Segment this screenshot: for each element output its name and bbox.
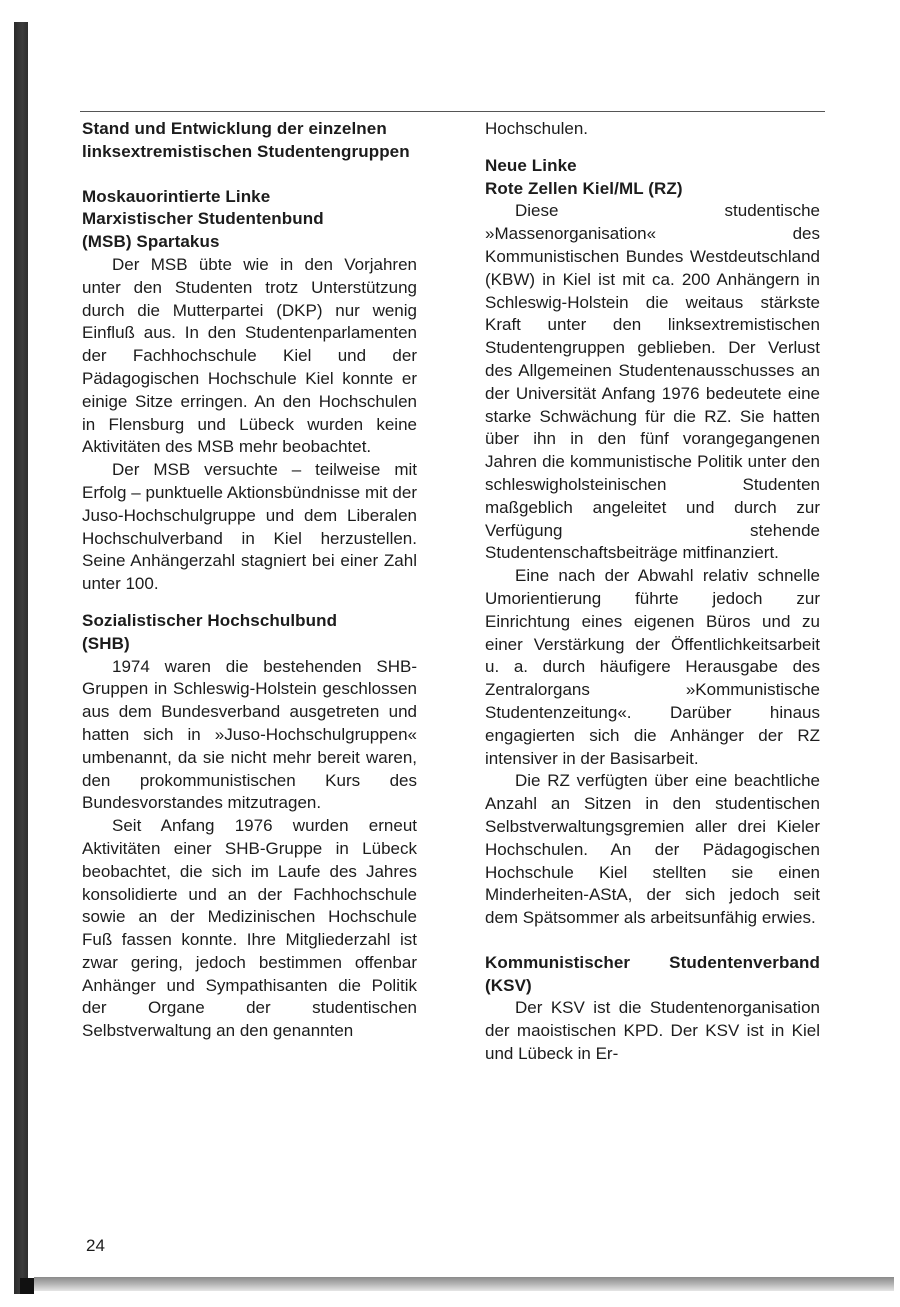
paragraph: Der MSB übte wie in den Vorjahren unter … xyxy=(82,254,417,459)
section-heading-ksv: Kommunistischer Studentenverband (KSV) xyxy=(485,952,820,998)
paragraph: Eine nach der Abwahl relativ schnelle Um… xyxy=(485,565,820,770)
main-heading: Stand und Entwicklung der einzelnen link… xyxy=(82,118,417,164)
right-column: Hochschulen. Neue Linke Rote Zellen Kiel… xyxy=(485,118,820,1066)
section-heading-rz: Rote Zellen Kiel/ML (RZ) xyxy=(485,178,820,201)
section-heading-msb-spartakus: (MSB) Spartakus xyxy=(82,231,417,254)
header-rule xyxy=(80,111,825,112)
section-heading-shb: Sozialistischer Hochschulbund xyxy=(82,610,417,633)
paragraph: Der MSB versuchte – teilweise mit Erfolg… xyxy=(82,459,417,596)
section-heading-moskauorientierte-linke: Moskauorintierte Linke xyxy=(82,186,417,209)
paragraph: Diese studentische »Massenorganisation« … xyxy=(485,200,820,565)
paragraph-continuation: Hochschulen. xyxy=(485,118,820,141)
page-number: 24 xyxy=(86,1236,105,1256)
paragraph: Die RZ verfügten über eine beachtliche A… xyxy=(485,770,820,930)
paragraph: Seit Anfang 1976 wurden erneut Aktivität… xyxy=(82,815,417,1043)
section-heading-msb: Marxistischer Studentenbund xyxy=(82,208,417,231)
left-column: Stand und Entwicklung der einzelnen link… xyxy=(82,118,417,1043)
section-heading-neue-linke: Neue Linke xyxy=(485,155,820,178)
scan-binding-edge xyxy=(14,22,28,1294)
section-heading-shb-abbrev: (SHB) xyxy=(82,633,417,656)
scan-binding-corner xyxy=(20,1278,34,1294)
paragraph: Der KSV ist die Studentenorganisation de… xyxy=(485,997,820,1065)
paragraph: 1974 waren die bestehenden SHB-Gruppen i… xyxy=(82,656,417,816)
scan-bottom-edge xyxy=(34,1277,894,1291)
